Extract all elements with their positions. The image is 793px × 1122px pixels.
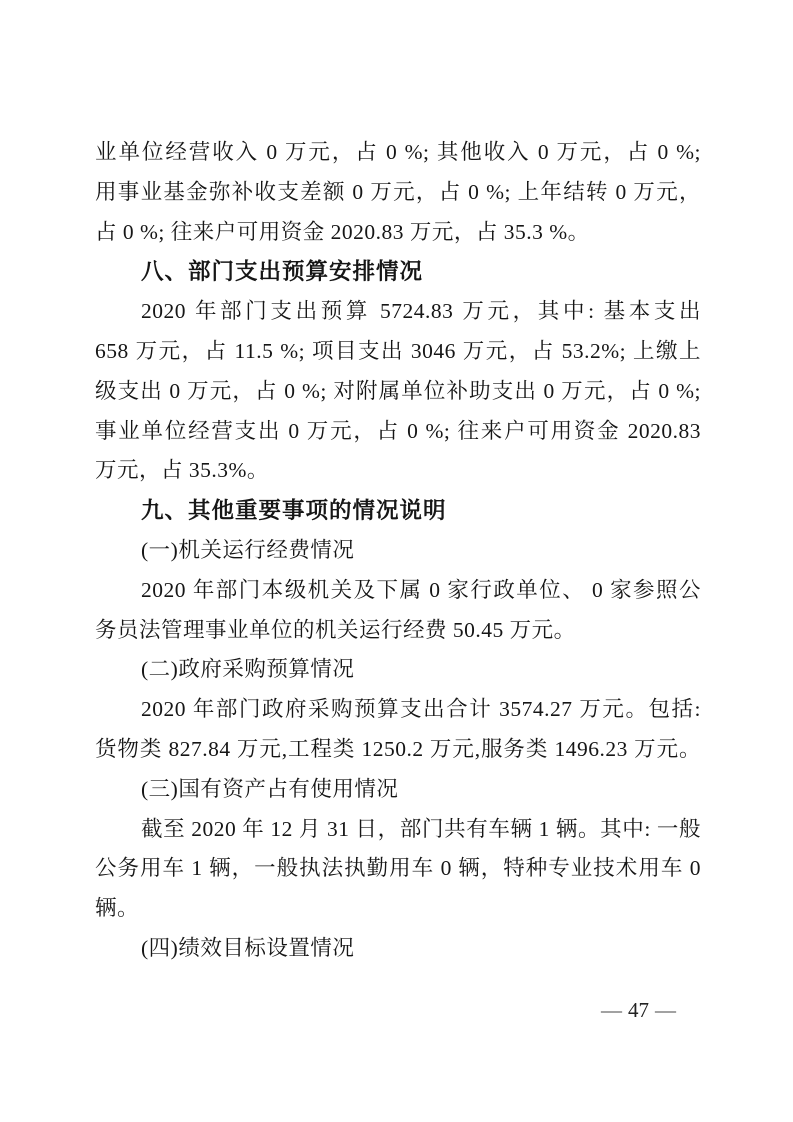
body-text-line: 货物类 827.84 万元,工程类 1250.2 万元,服务类 1496.23 … (95, 730, 701, 770)
body-text-line: 事业单位经营支出 0 万元，占 0 %; 往来户可用资金 2020.83 (95, 412, 701, 452)
subsection-heading-line: (四)绩效目标设置情况 (95, 929, 701, 969)
body-text-line: 截至 2020 年 12 月 31 日，部门共有车辆 1 辆。其中: 一般 (95, 810, 701, 850)
section-heading-line: 八、部门支出预算安排情况 (95, 252, 701, 292)
body-text-line: 2020 年部门支出预算 5724.83 万元，其中: 基本支出 (95, 292, 701, 332)
body-text-line: 2020 年部门本级机关及下属 0 家行政单位、 0 家参照公 (95, 571, 701, 611)
subsection-heading-line: (一)机关运行经费情况 (95, 531, 701, 571)
body-text-line: 658 万元，占 11.5 %; 项目支出 3046 万元，占 53.2%; 上… (95, 332, 701, 372)
body-text-line: 占 0 %; 往来户可用资金 2020.83 万元，占 35.3 %。 (95, 213, 701, 253)
subsection-heading-line: (三)国有资产占有使用情况 (95, 770, 701, 810)
page-footer: —47— (595, 995, 682, 1025)
body-text-line: 级支出 0 万元，占 0 %; 对附属单位补助支出 0 万元，占 0 %; (95, 372, 701, 412)
page-number: 47 (628, 998, 649, 1022)
body-text-line: 万元，占 35.3%。 (95, 451, 701, 491)
body-text-line: 业单位经营收入 0 万元，占 0 %; 其他收入 0 万元，占 0 %; (95, 133, 701, 173)
document-content: 业单位经营收入 0 万元，占 0 %; 其他收入 0 万元，占 0 %;用事业基… (95, 133, 701, 969)
footer-dash-right: — (649, 998, 682, 1022)
document-page: 业单位经营收入 0 万元，占 0 %; 其他收入 0 万元，占 0 %;用事业基… (0, 0, 793, 1122)
body-text-line: 辆。 (95, 889, 701, 929)
body-text-line: 公务用车 1 辆，一般执法执勤用车 0 辆，特种专业技术用车 0 (95, 849, 701, 889)
body-text-line: 2020 年部门政府采购预算支出合计 3574.27 万元。包括: (95, 690, 701, 730)
footer-dash-left: — (595, 998, 628, 1022)
body-text-line: 务员法管理事业单位的机关运行经费 50.45 万元。 (95, 611, 701, 651)
subsection-heading-line: (二)政府采购预算情况 (95, 650, 701, 690)
body-text-line: 用事业基金弥补收支差额 0 万元，占 0 %; 上年结转 0 万元， (95, 173, 701, 213)
section-heading-line: 九、其他重要事项的情况说明 (95, 491, 701, 531)
